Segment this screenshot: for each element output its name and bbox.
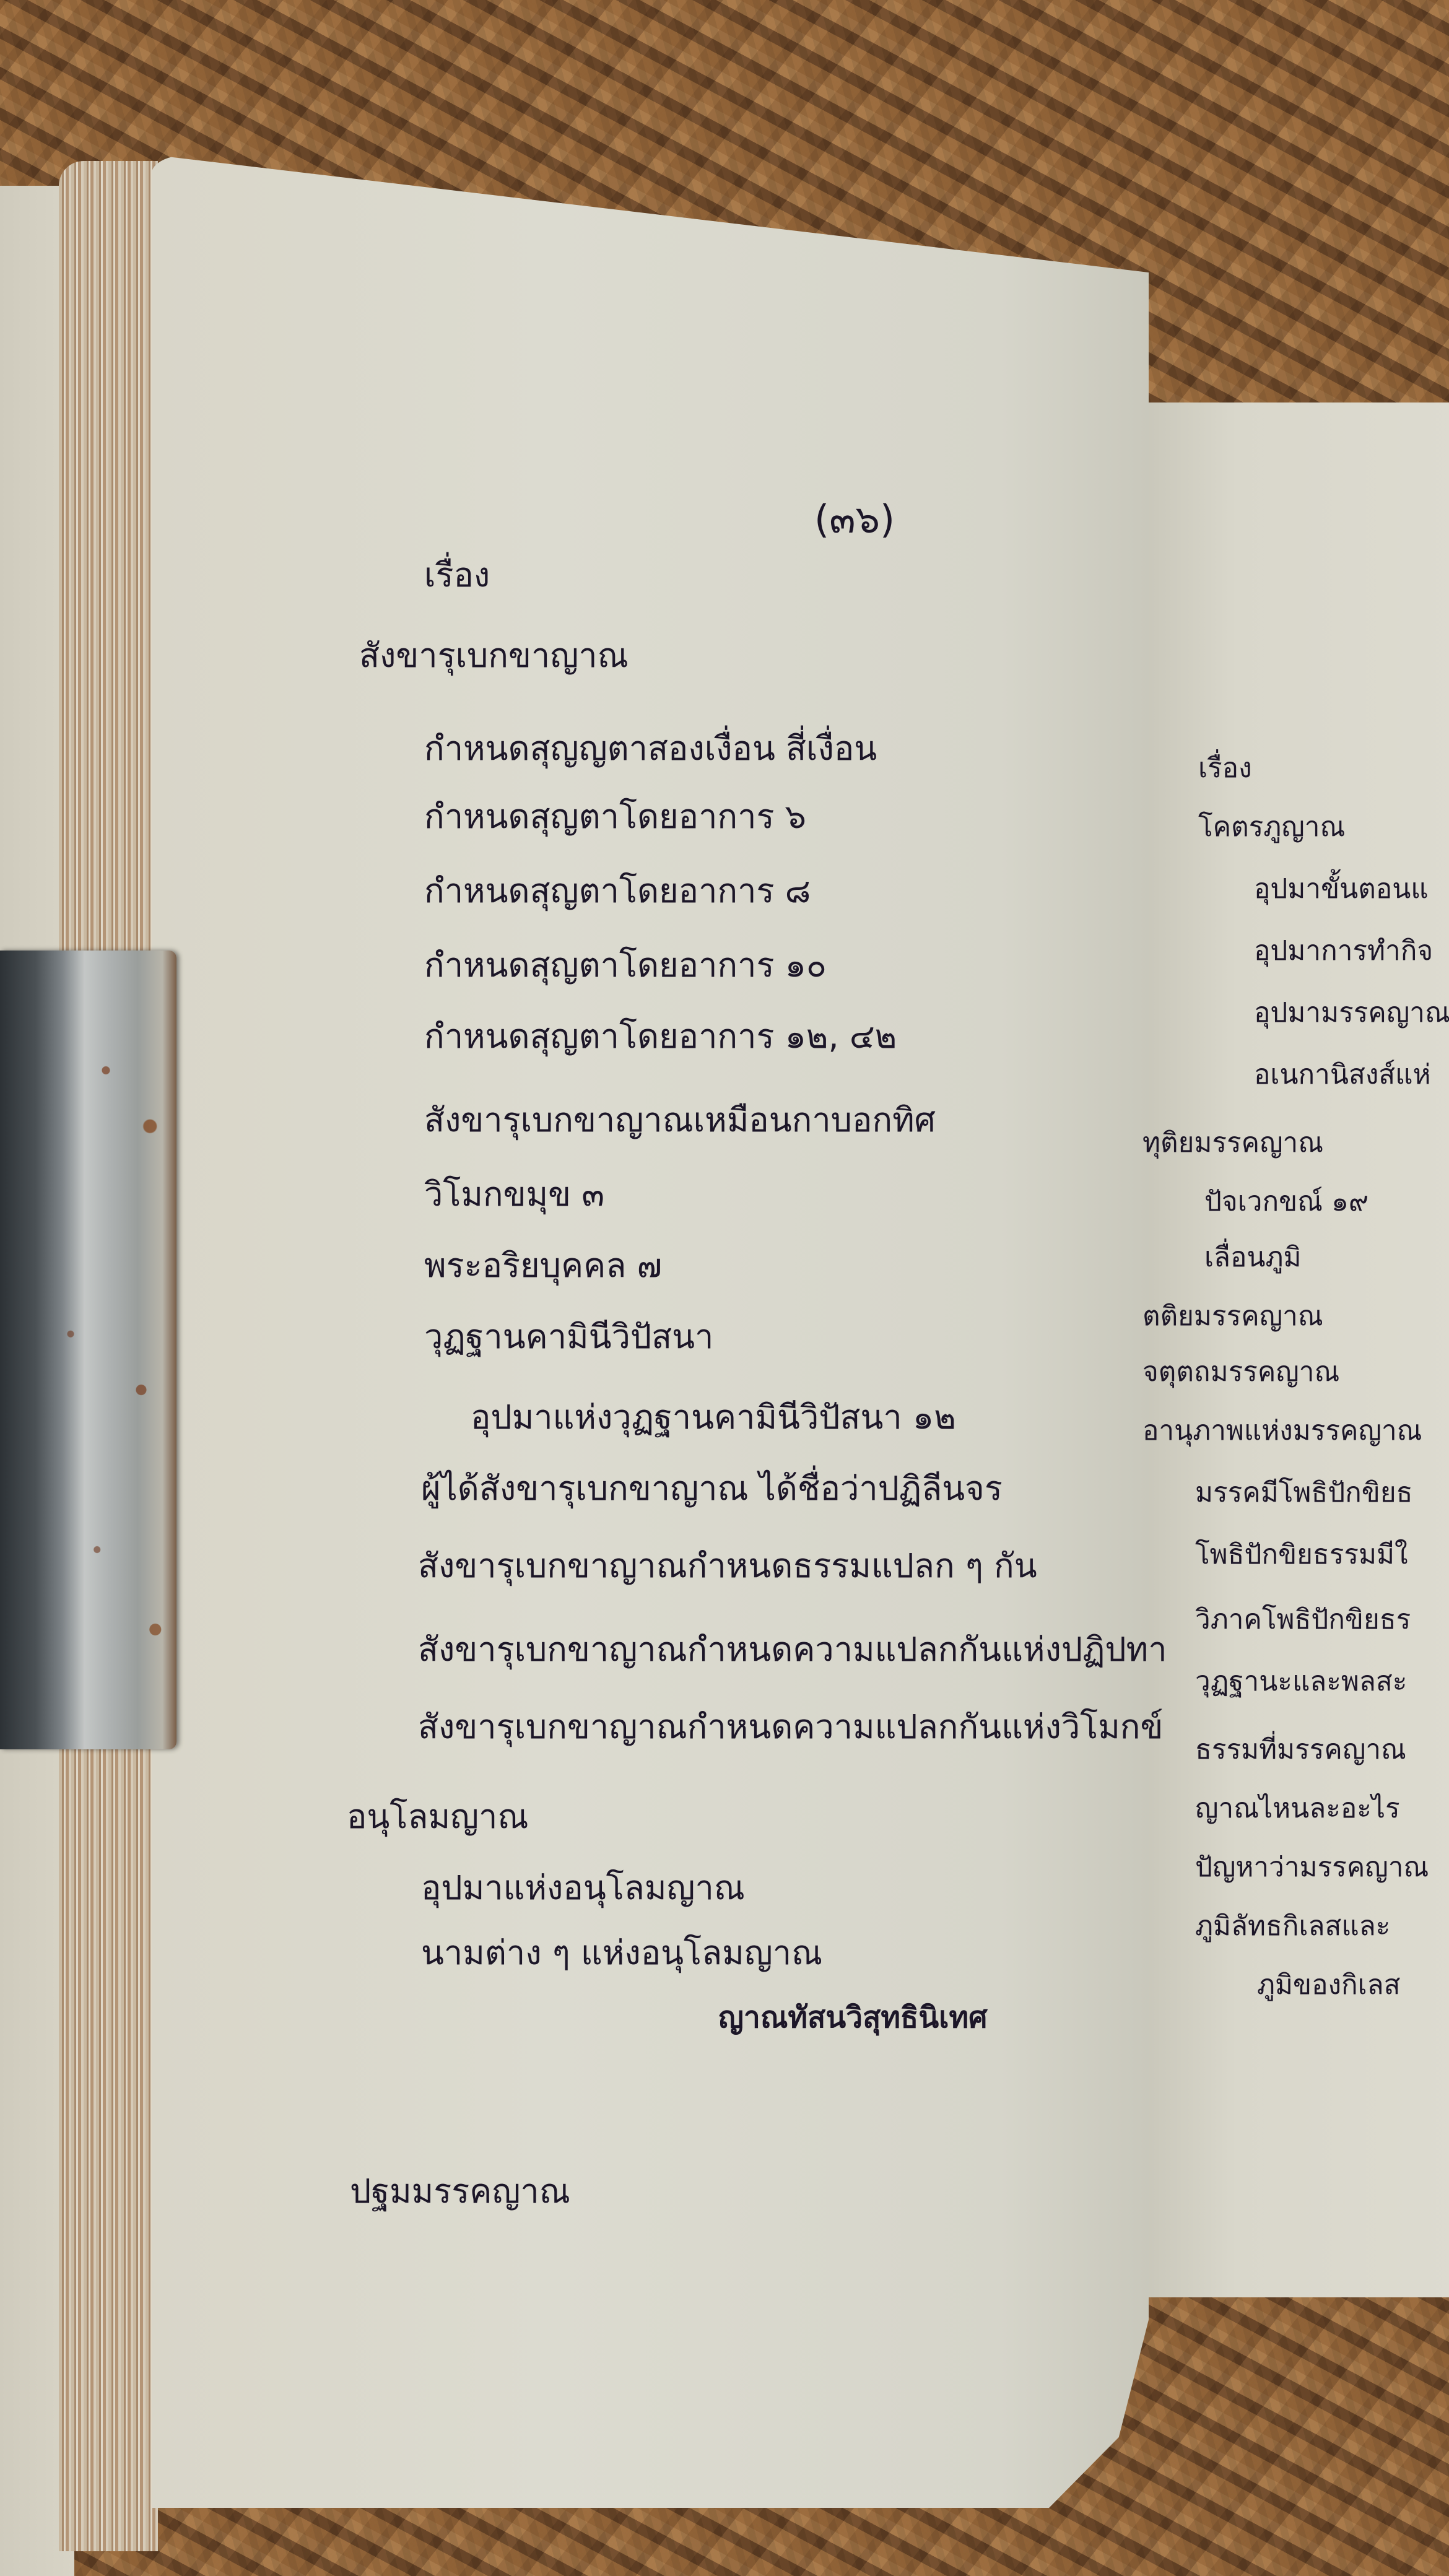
toc-entry: วิโมกขมุข ๓ — [424, 1167, 604, 1221]
toc-entry: กำหนดสุญตาโดยอาการ ๑๐ — [424, 938, 827, 991]
toc-entry: สังขารุเบกขาญาณกำหนดความแปลกกันแห่งปฏิปท… — [418, 1622, 1167, 1676]
toc-entry: สังขารุเบกขาญาณเหมือนกาบอกทิศ — [424, 1093, 936, 1146]
toc-entry: ผู้ได้สังขารุเบกขาญาณ ได้ชื่อว่าปฏิลีนจร — [421, 1461, 1003, 1515]
column-header: เรื่อง — [424, 548, 490, 601]
toc-entry: อุปมาแห่งวุฏฐานคามินีวิปัสนา ๑๒ — [471, 1390, 956, 1443]
metal-binder-clip-icon — [0, 951, 176, 1749]
toc-entry: มรรคมีโพธิปักขิยธ — [1195, 1471, 1412, 1514]
toc-entry: กำหนดสุญตาโดยอาการ ๘ — [424, 864, 811, 917]
toc-entry: อุปมาการทำกิจ — [1254, 929, 1433, 972]
toc-entry: วุฏฐานคามินีวิปัสนา — [424, 1310, 713, 1363]
toc-entry: สังขารุเบกขาญาณกำหนดความแปลกกันแห่งวิโมก… — [418, 1700, 1163, 1753]
toc-entry: อนุโลมญาณ — [347, 1790, 528, 1843]
toc-entry: เลื่อนภูมิ — [1204, 1235, 1302, 1279]
toc-entry: สังขารุเบกขาญาณ — [359, 629, 629, 682]
toc-entry: กำหนดสุญญตาสองเงื่อน สี่เงื่อน — [424, 721, 877, 775]
page-number: (๓๖) — [814, 489, 895, 550]
toc-entry: โพธิปักขิยธรรมมีใ — [1195, 1533, 1408, 1576]
toc-entry: อุปมามรรคญาณ — [1254, 991, 1449, 1034]
toc-entry: ทุติยมรรคญาณ — [1142, 1121, 1323, 1164]
toc-entry: วิภาคโพธิปักขิยธร — [1195, 1598, 1411, 1641]
toc-entry: จตุตถมรรคญาณ — [1142, 1350, 1339, 1393]
toc-entry: สังขารุเบกขาญาณกำหนดธรรมแปลก ๆ กัน — [418, 1539, 1037, 1592]
toc-entry: ญาณไหนละอะไร — [1195, 1786, 1400, 1830]
toc-entry: ปัญหาว่ามรรคญาณ — [1195, 1845, 1429, 1889]
toc-entry: ปัจเวกขณ์ ๑๙ — [1204, 1180, 1368, 1223]
toc-entry: อเนกานิสงส์แห่ — [1254, 1053, 1431, 1096]
section-heading: ญาณทัสนวิสุทธินิเทศ — [718, 1994, 988, 2041]
toc-entry: อานุภาพแห่งมรรคญาณ — [1142, 1409, 1422, 1452]
toc-entry: ตติยมรรคญาณ — [1142, 1294, 1323, 1338]
toc-entry: ภูมิลัทธกิเลสและ — [1195, 1904, 1390, 1947]
toc-entry: โคตรภูญาณ — [1198, 805, 1345, 848]
toc-entry: อุปมาขั้นตอนแ — [1254, 867, 1429, 910]
toc-entry: วุฏฐานะและพลสะ — [1195, 1660, 1407, 1703]
toc-entry: ปฐมมรรคญาณ — [350, 2164, 570, 2217]
toc-entry: ธรรมที่มรรคญาณ — [1195, 1728, 1406, 1771]
toc-entry: พระอริยบุคคล ๗ — [424, 1238, 662, 1292]
toc-entry: กำหนดสุญตาโดยอาการ ๖ — [424, 790, 806, 843]
toc-entry: ภูมิของกิเลส — [1257, 1963, 1401, 2006]
toc-entry: อุปมาแห่งอนุโลมญาณ — [421, 1861, 745, 1914]
toc-entry: นามต่าง ๆ แห่งอนุโลมญาณ — [421, 1926, 822, 1979]
column-header: เรื่อง — [1198, 746, 1252, 790]
toc-entry: กำหนดสุญตาโดยอาการ ๑๒, ๔๒ — [424, 1009, 897, 1063]
